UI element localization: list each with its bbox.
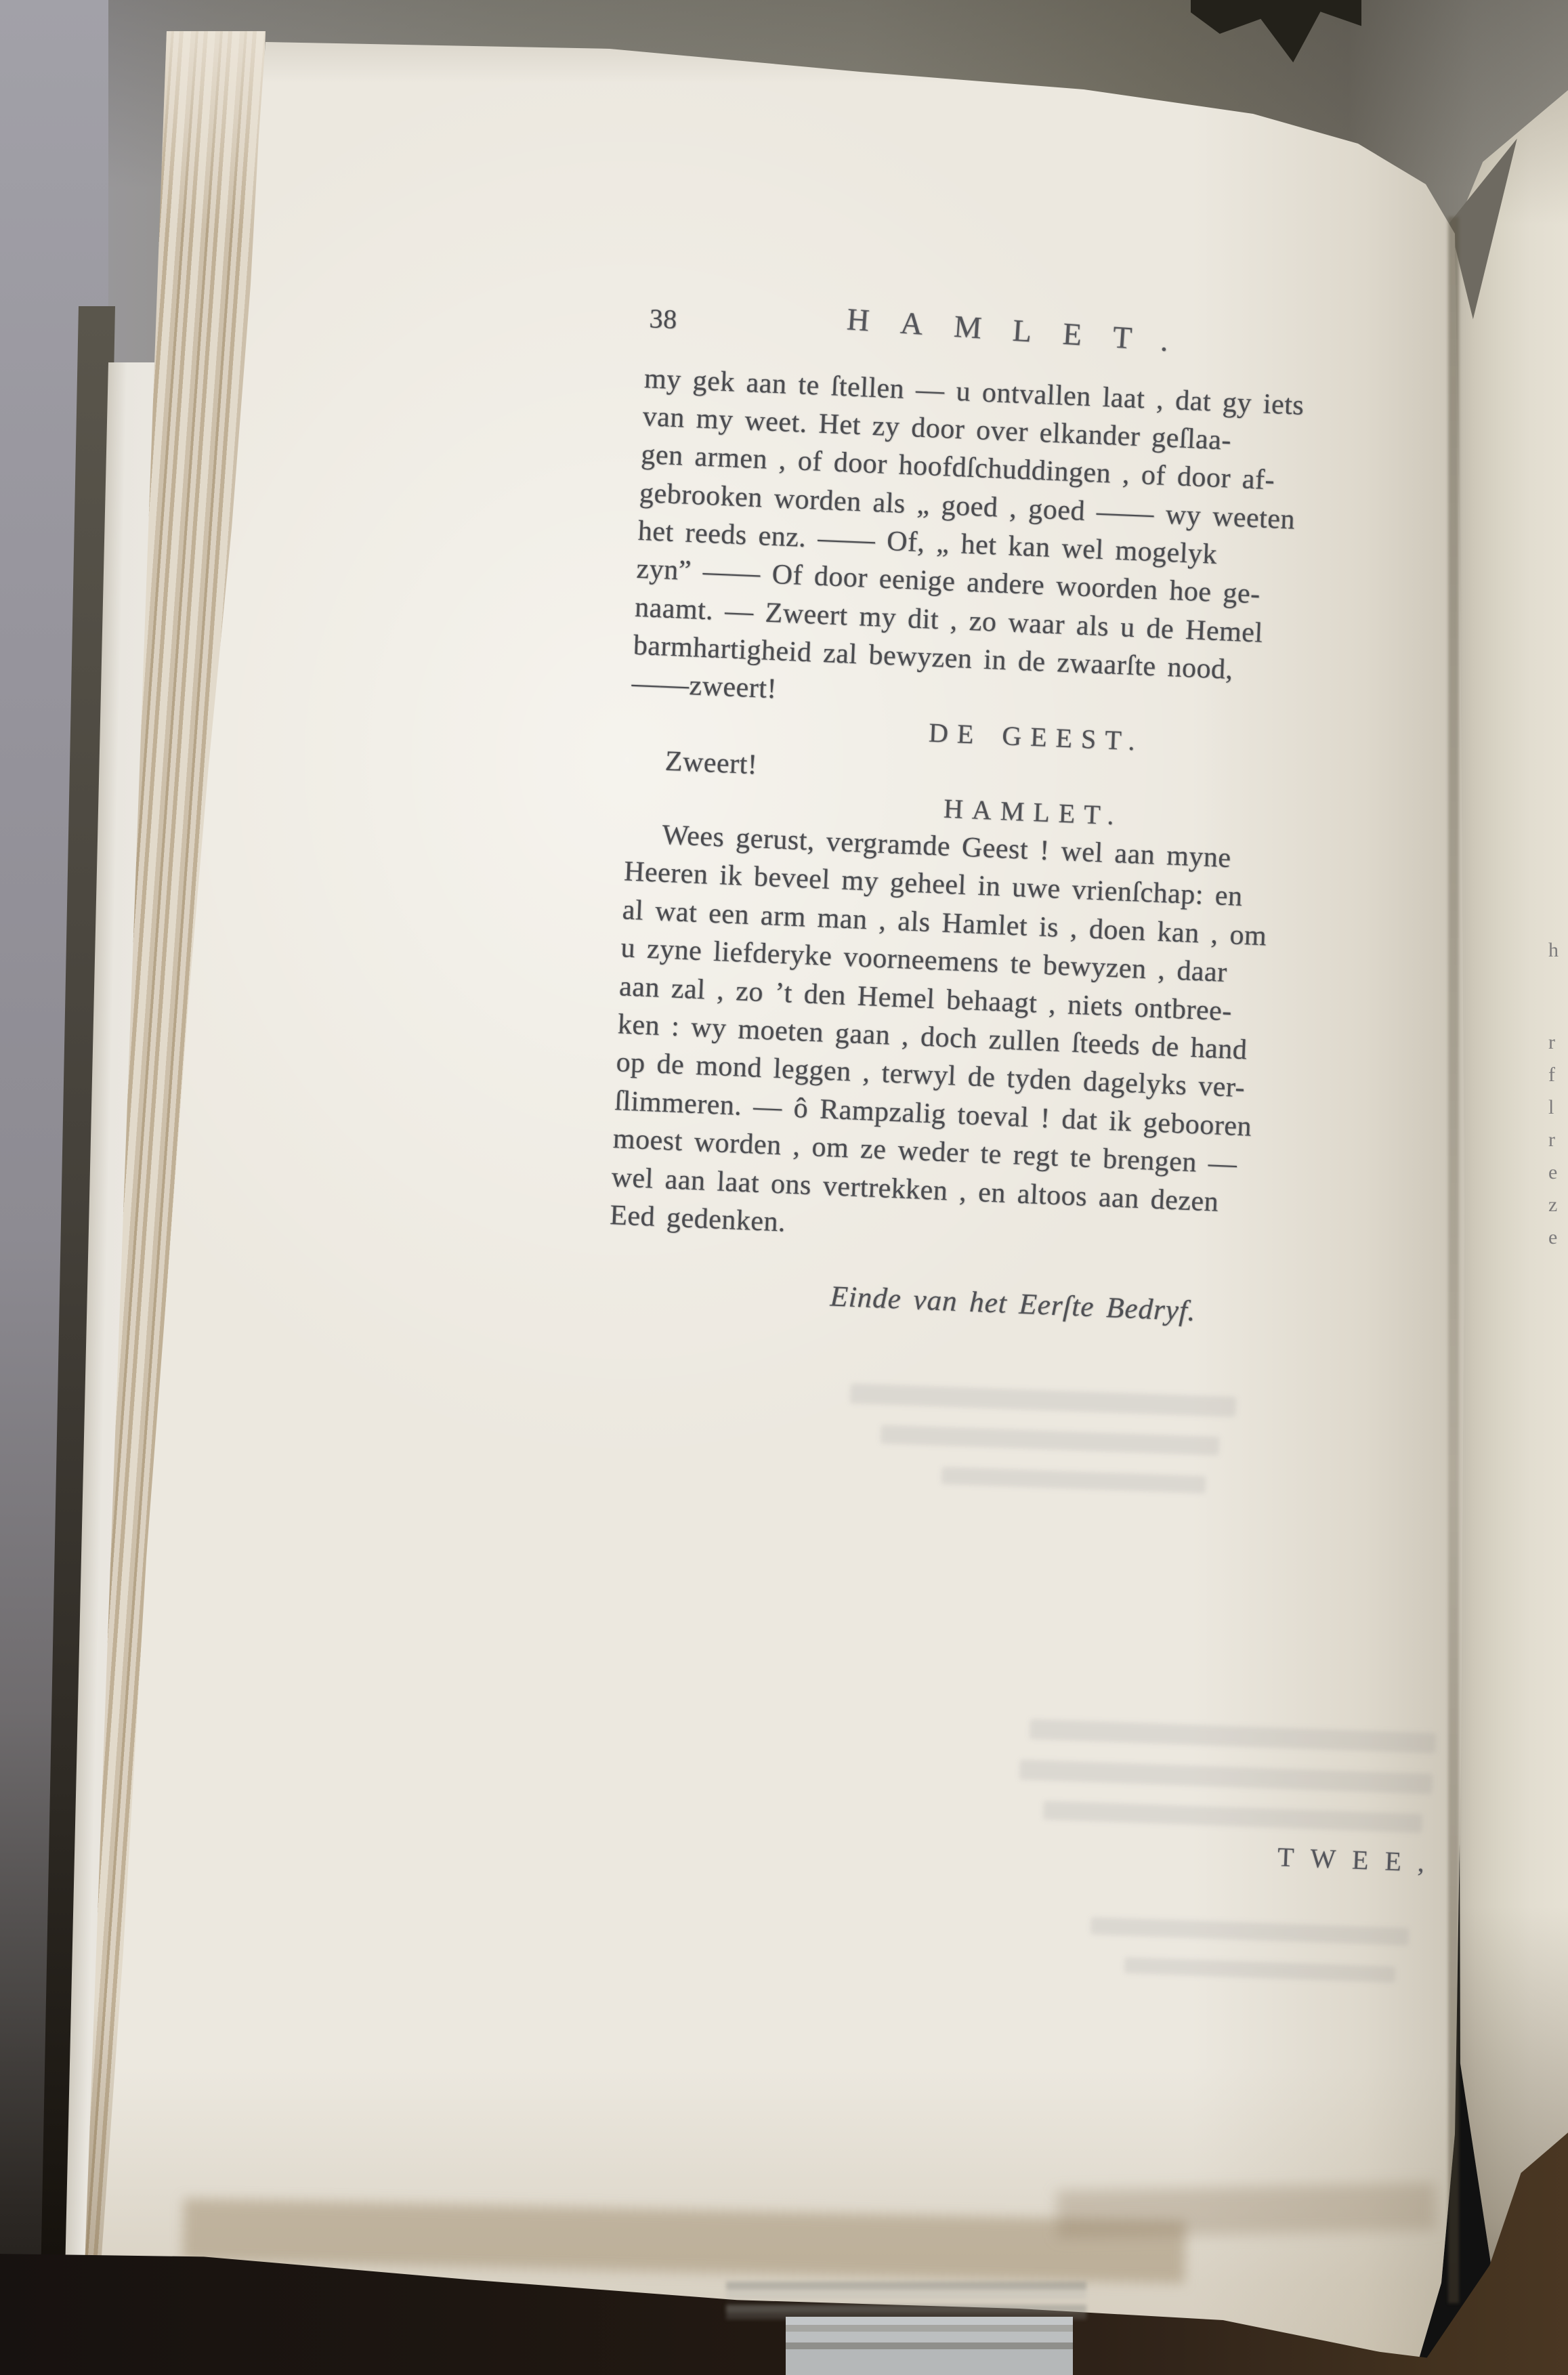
act-ending-line: Einde van het Eerſte Bedryf. <box>606 1273 1420 1335</box>
blur-patch <box>726 2139 1086 2319</box>
catchword: TWEE, <box>1277 1841 1441 1878</box>
edge-letter: l <box>1548 1097 1554 1118</box>
bleed-through-text <box>1043 1801 1423 1833</box>
book-photograph: h r f l r e z e 38 HAMLET. my gek aan te… <box>0 0 1568 2375</box>
edge-letter: z <box>1548 1195 1557 1215</box>
text-line: ——zweert! <box>631 669 778 704</box>
edge-letter: r <box>1548 1130 1555 1150</box>
text-line: Eed gedenken. <box>610 1201 786 1237</box>
bleed-through-text <box>1124 1957 1396 1983</box>
bleed-through-text <box>941 1467 1206 1494</box>
edge-letter: h <box>1548 940 1559 961</box>
right-page-cropped-text: h r f l r e z e <box>1548 940 1568 1320</box>
running-title: HAMLET. <box>846 303 1361 369</box>
edge-letter: e <box>1548 1162 1557 1183</box>
gutter-fold <box>1448 217 1459 2303</box>
blur-patch <box>786 2317 1073 2375</box>
page-stain <box>1056 2183 1436 2238</box>
edge-letter: e <box>1548 1227 1557 1248</box>
edge-letter: r <box>1548 1032 1555 1053</box>
text-line: Zweert! <box>628 746 758 780</box>
bleed-through-text <box>881 1425 1220 1455</box>
text-block: 38 HAMLET. my gek aan te ſtellen — u ont… <box>603 364 1456 1413</box>
edge-letter: f <box>1548 1065 1555 1085</box>
page-number: 38 <box>649 305 678 333</box>
bleed-through-text <box>1030 1719 1437 1754</box>
bleed-through-text <box>1090 1917 1410 1946</box>
bleed-through-text <box>1019 1759 1433 1794</box>
